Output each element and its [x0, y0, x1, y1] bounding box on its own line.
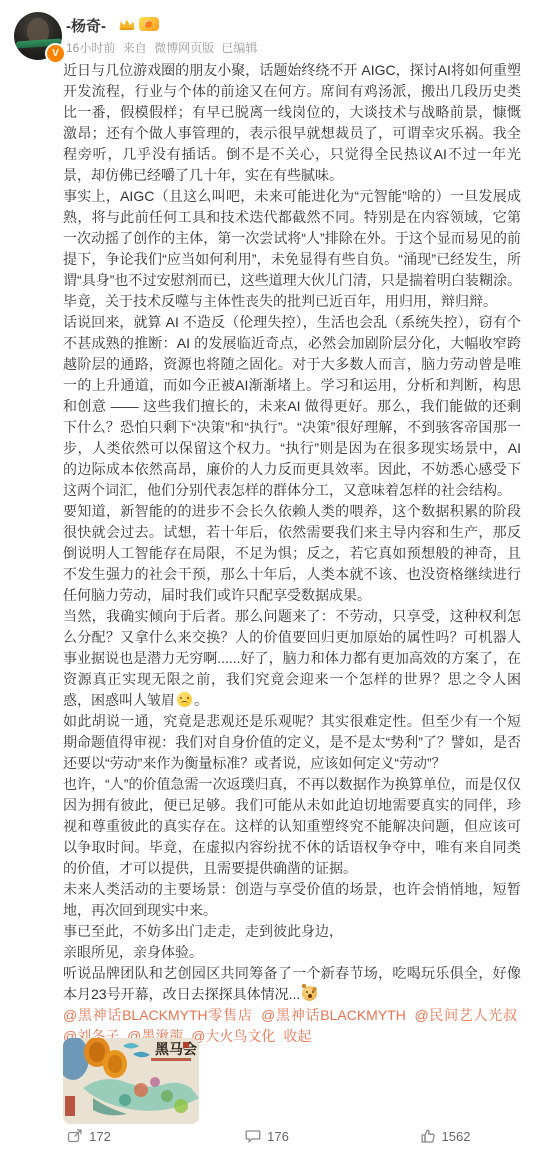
username[interactable]: -杨奇-: [66, 15, 106, 36]
timestamp[interactable]: 16小时前: [66, 41, 115, 55]
action-bar: 172 176 1562: [0, 1128, 534, 1144]
comment-button[interactable]: 176: [178, 1128, 356, 1144]
source-link[interactable]: 微博网页版: [154, 41, 214, 55]
mention-link[interactable]: @民间艺人光叔: [414, 1007, 517, 1023]
vip-badge-icon: [139, 17, 159, 31]
like-button[interactable]: 1562: [356, 1128, 534, 1144]
like-count: 1562: [442, 1129, 471, 1144]
post-paragraph: 也许，“人”的价值急需一次返璞归真，不再以数据作为换算单位，而是仅仅因为拥有彼此…: [63, 774, 521, 879]
mention-link[interactable]: @大火鸟文化: [191, 1028, 275, 1044]
post-paragraph: 听说品牌团队和艺创园区共同筹备了一个新春节场，吃喝玩乐俱全，好像本月23号开幕，…: [63, 963, 521, 1005]
post-paragraph: 亲眼所见，亲身体验。: [63, 942, 521, 963]
weibo-post: V -杨奇- 16小时前 来自 微博网页版 已编辑 近日与几位游戏圈的朋友小聚，…: [0, 0, 534, 1152]
post-paragraph: 要知道，新智能的的进步不会长久依赖人类的喂养，这个数据积累的阶段很快就会过去。试…: [63, 501, 521, 606]
post-paragraph: 未来人类活动的主要场景：创造与享受价值的场景，也许会悄悄地，短暂地，再次回到现实…: [63, 879, 521, 921]
post-paragraph: 近日与几位游戏圈的朋友小聚，话题始终绕不开 AIGC，探讨AI将如何重塑开发流程…: [63, 60, 521, 186]
frown-face-emoji: [177, 692, 192, 707]
post-body: 近日与几位游戏圈的朋友小聚，话题始终绕不开 AIGC，探讨AI将如何重塑开发流程…: [63, 60, 521, 1047]
post-image[interactable]: 黑马会: [63, 1038, 199, 1124]
post-paragraph: 事实上，AIGC（且这么叫吧，未来可能进化为“元智能”啥的）一旦发展成熟，将与此…: [63, 186, 521, 312]
post-meta: 16小时前 来自 微博网页版 已编辑: [66, 39, 261, 56]
post-paragraph: 如此胡说一通，究竟是悲观还是乐观呢？其实很难定性。但至少有一个短期命题值得审视：…: [63, 711, 521, 774]
edited-label: 已编辑: [221, 41, 257, 55]
post-paragraphs: 近日与几位游戏圈的朋友小聚，话题始终绕不开 AIGC，探讨AI将如何重塑开发流程…: [63, 60, 521, 1005]
doge-face-emoji: [302, 986, 317, 1001]
crown-badge-icon: [118, 17, 136, 31]
repost-icon: [67, 1128, 83, 1144]
comment-count: 176: [267, 1129, 289, 1144]
user-badges: [118, 17, 159, 31]
mention-link[interactable]: @黑神话BLACKMYTH零售店: [63, 1007, 253, 1023]
post-image-art: 黑马会: [63, 1038, 199, 1124]
like-icon: [420, 1128, 436, 1144]
repost-count: 172: [89, 1129, 111, 1144]
collapse-link[interactable]: 收起: [283, 1028, 311, 1044]
source-prefix: 来自: [123, 41, 147, 55]
mention-link[interactable]: @黑神话BLACKMYTH: [261, 1007, 406, 1023]
post-paragraph: 话说回来，就算 AI 不造反（伦理失控），生活也会乱（系统失控），窃有个不甚成熟…: [63, 312, 521, 501]
post-paragraph: 事已至此，不妨多出门走走，走到彼此身边，: [63, 921, 521, 942]
repost-button[interactable]: 172: [0, 1128, 178, 1144]
comment-icon: [245, 1128, 261, 1144]
image-caption-text: 黑马会: [155, 1041, 197, 1058]
post-paragraph: 当然，我确实倾向于后者。那么问题来了：不劳动，只享受，这种权利怎么分配？又拿什么…: [63, 606, 521, 711]
